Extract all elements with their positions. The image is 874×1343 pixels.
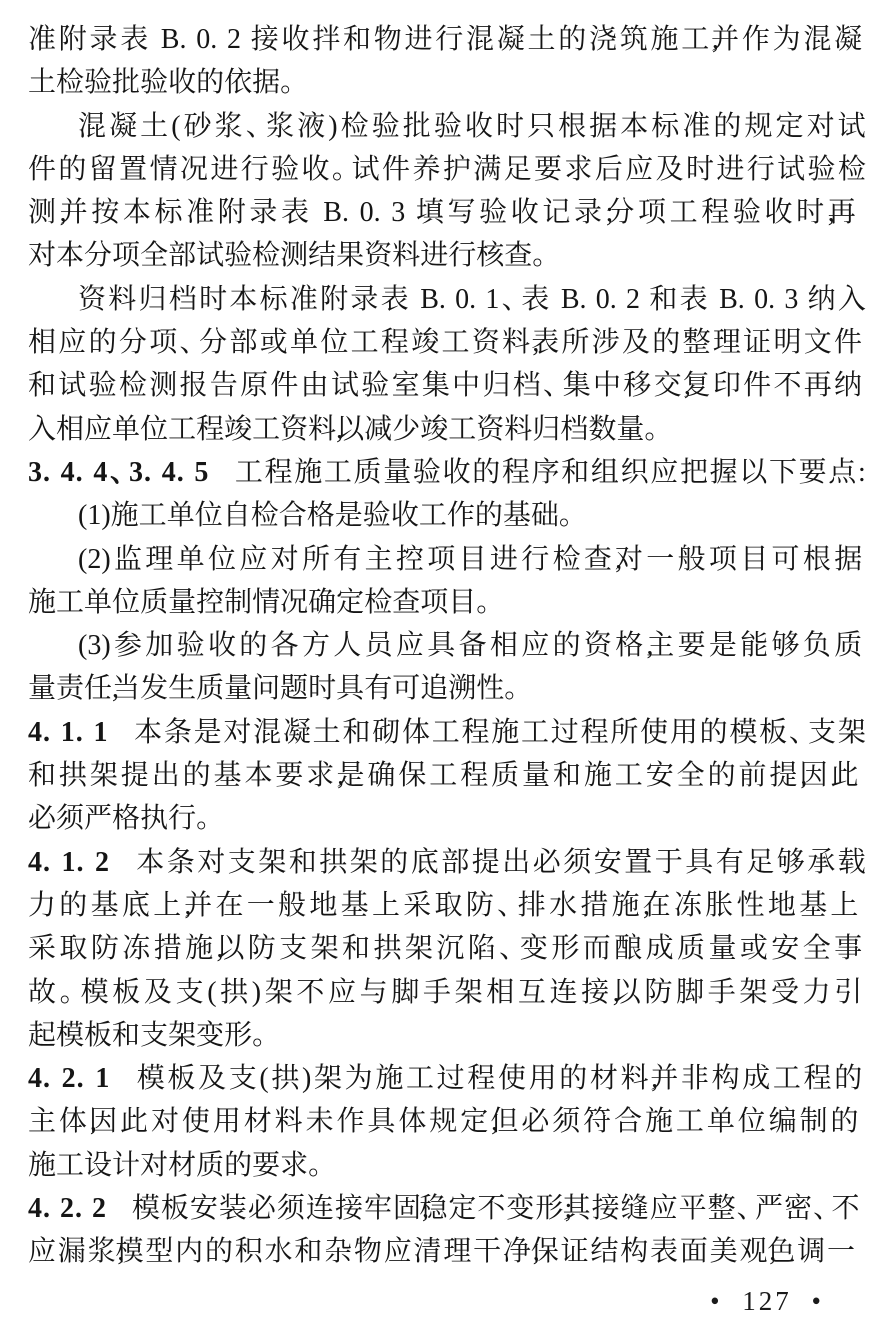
text-segment: 主体,因此对使用材料未作具体规定,但必须符合施工单位编制的 [28, 1106, 859, 1137]
punctuation: 、 [543, 370, 563, 401]
text-segment: 施工单位质量控制情况确定检查项目。 [28, 587, 494, 618]
text-line-29: 应漏浆,模型内的积水和杂物应清理干净,保证结构表面美观,色调一 [28, 1230, 866, 1273]
punctuation: 。 [308, 1150, 325, 1181]
text-segment: 对本分项全部试验检测结果资料进行核查。 [28, 240, 550, 271]
section-number: 4. 1. 1 [28, 717, 109, 748]
text-segment: 应漏浆,模型内的积水和杂物应清理干净,保证结构表面美观,色调一 [28, 1236, 855, 1267]
text-line-25: 4. 2. 1模板及支(拱)架为施工过程使用的材料,并非构成工程的 [28, 1057, 866, 1100]
document-page: 准附录表 B. 0. 2 接收拌和物进行混凝土的浇筑施工,并作为混凝土检验批验收… [0, 0, 874, 1343]
text-segment: 模板及支(拱)架为施工过程使用的材料,并非构成工程的 [134, 1063, 862, 1094]
text-line-18: 和拱架提出的基本要求,是确保工程质量和施工安全的前提,因此 [28, 754, 866, 797]
text-segment: 件的留置情况进行验收。试件养护满足要求后应及时进行试验检 [28, 154, 866, 185]
text-segment: (3)参加验收的各方人员应具备相应的资格,主要是能够负质 [78, 630, 862, 661]
text-line-23: 故。模板及支(拱)架不应与脚手架相互连接,以防脚手架受力引 [28, 971, 866, 1014]
text-line-2: 土检验批验收的依据。 [28, 61, 866, 104]
text-line-10: 入相应单位工程竣工资料,以减少竣工资料归档数量。 [28, 408, 866, 451]
text-line-7: 资料归档时本标准附录表 B. 0. 1、表 B. 0. 2 和表 B. 0. 3… [28, 278, 866, 321]
punctuation: 、 [179, 327, 199, 358]
punctuation: 、 [499, 284, 521, 315]
text-line-24: 起模板和支架变形。 [28, 1014, 866, 1057]
text-line-17: 4. 1. 1本条是对混凝土和砌体工程施工过程所使用的模板、支架 [28, 711, 866, 754]
text-line-27: 施工设计对材质的要求。 [28, 1144, 866, 1187]
text-line-4: 件的留置情况进行验收。试件养护满足要求后应及时进行试验检 [28, 148, 866, 191]
text-segment: 本条对支架和拱架的底部提出必须安置于具有足够承载 [134, 847, 866, 878]
text-line-9: 和试验检测报告原件由试验室集中归档、集中移交,复印件不再纳 [28, 364, 866, 407]
punctuation: 。 [280, 67, 297, 98]
text-line-6: 对本分项全部试验检测结果资料进行核查。 [28, 234, 866, 277]
text-line-15: (3)参加验收的各方人员应具备相应的资格,主要是能够负质 [28, 624, 866, 667]
text-line-14: 施工单位质量控制情况确定检查项目。 [28, 581, 866, 624]
punctuation: 。 [332, 154, 352, 185]
text-segment: 必须严格执行。 [28, 803, 213, 834]
text-line-11: 3. 4. 4、3. 4. 5工程施工质量验收的程序和组织应把握以下要点: [28, 451, 866, 494]
text-segment: 力的基底上,并在一般地基上采取防、排水措施,在冻胀性地基上 [28, 890, 858, 921]
text-segment: 准附录表 B. 0. 2 接收拌和物进行混凝土的浇筑施工,并作为混凝 [28, 24, 862, 55]
punctuation: 、 [737, 1193, 755, 1224]
punctuation: 。 [60, 977, 81, 1008]
punctuation: 、 [497, 890, 518, 921]
text-segment: 混凝土(砂浆、浆液)检验批验收时只根据本标准的规定对试 [78, 111, 866, 142]
punctuation: 。 [252, 1020, 269, 1051]
text-line-12: (1)施工单位自检合格是验收工作的基础。 [28, 494, 866, 537]
text-segment: 故。模板及支(拱)架不应与脚手架相互连接,以防脚手架受力引 [28, 977, 862, 1008]
text-segment: 相应的分项、分部或单位工程竣工资料,表所涉及的整理证明文件 [28, 327, 862, 358]
text-block: 准附录表 B. 0. 2 接收拌和物进行混凝土的浇筑施工,并作为混凝土检验批验收… [0, 0, 874, 1274]
text-segment: 资料归档时本标准附录表 B. 0. 1、表 B. 0. 2 和表 B. 0. 3… [78, 284, 866, 315]
section-number: 4. 2. 2 [28, 1193, 107, 1224]
text-segment: 本条是对混凝土和砌体工程施工过程所使用的模板、支架 [132, 717, 866, 748]
text-segment: 测,并按本标准附录表 B. 0. 3 填写验收记录;分项工程验收时,再 [28, 197, 856, 228]
text-line-3: 混凝土(砂浆、浆液)检验批验收时只根据本标准的规定对试 [28, 105, 866, 148]
text-segment: 土检验批验收的依据。 [28, 67, 298, 98]
text-segment: 施工设计对材质的要求。 [28, 1150, 326, 1181]
text-line-5: 测,并按本标准附录表 B. 0. 3 填写验收记录;分项工程验收时,再 [28, 191, 866, 234]
punctuation: 。 [196, 803, 213, 834]
punctuation: 。 [559, 500, 576, 531]
text-segment: 和试验检测报告原件由试验室集中归档、集中移交,复印件不再纳 [28, 370, 862, 401]
text-line-22: 采取防冻措施,以防支架和拱架沉陷、变形而酿成质量或安全事 [28, 927, 866, 970]
text-line-1: 准附录表 B. 0. 2 接收拌和物进行混凝土的浇筑施工,并作为混凝 [28, 18, 866, 61]
punctuation: 。 [532, 240, 549, 271]
text-segment: 模板安装必须连接牢固,稳定不变形;其接缝应平整、严密、不 [131, 1193, 860, 1224]
text-segment: 入相应单位工程竣工资料,以减少竣工资料归档数量。 [28, 414, 662, 445]
punctuation: 、 [813, 1193, 831, 1224]
text-line-19: 必须严格执行。 [28, 797, 866, 840]
text-segment: 起模板和支架变形。 [28, 1020, 270, 1051]
text-segment: 采取防冻措施,以防支架和拱架沉陷、变形而酿成质量或安全事 [28, 933, 862, 964]
text-line-20: 4. 1. 2本条对支架和拱架的底部提出必须安置于具有足够承载 [28, 841, 866, 884]
text-segment: 工程施工质量验收的程序和组织应把握以下要点: [233, 457, 866, 488]
text-line-21: 力的基底上,并在一般地基上采取防、排水措施,在冻胀性地基上 [28, 884, 866, 927]
text-line-26: 主体,因此对使用材料未作具体规定,但必须符合施工单位编制的 [28, 1100, 866, 1143]
section-number: 4. 2. 1 [28, 1063, 110, 1094]
section-number: 4. 1. 2 [28, 847, 110, 878]
punctuation: 。 [504, 673, 521, 704]
punctuation: 、 [789, 717, 808, 748]
punctuation: 。 [476, 587, 493, 618]
text-line-13: (2)监理单位应对所有主控项目进行检查,对一般项目可根据 [28, 538, 866, 581]
text-line-28: 4. 2. 2模板安装必须连接牢固,稳定不变形;其接缝应平整、严密、不 [28, 1187, 866, 1230]
punctuation: 、 [499, 933, 520, 964]
punctuation: 、 [108, 457, 129, 488]
text-segment: 量责任,当发生质量问题时具有可追溯性。 [28, 673, 522, 704]
punctuation: 。 [644, 414, 661, 445]
page-number: • 127 • [0, 1286, 874, 1317]
text-line-8: 相应的分项、分部或单位工程竣工资料,表所涉及的整理证明文件 [28, 321, 866, 364]
text-line-16: 量责任,当发生质量问题时具有可追溯性。 [28, 667, 866, 710]
text-segment: (1)施工单位自检合格是验收工作的基础。 [78, 500, 576, 531]
text-segment: 和拱架提出的基本要求,是确保工程质量和施工安全的前提,因此 [28, 760, 859, 791]
text-segment: (2)监理单位应对所有主控项目进行检查,对一般项目可根据 [78, 544, 862, 575]
punctuation: 、 [246, 111, 266, 142]
section-number: 3. 4. 4、3. 4. 5 [28, 457, 209, 488]
